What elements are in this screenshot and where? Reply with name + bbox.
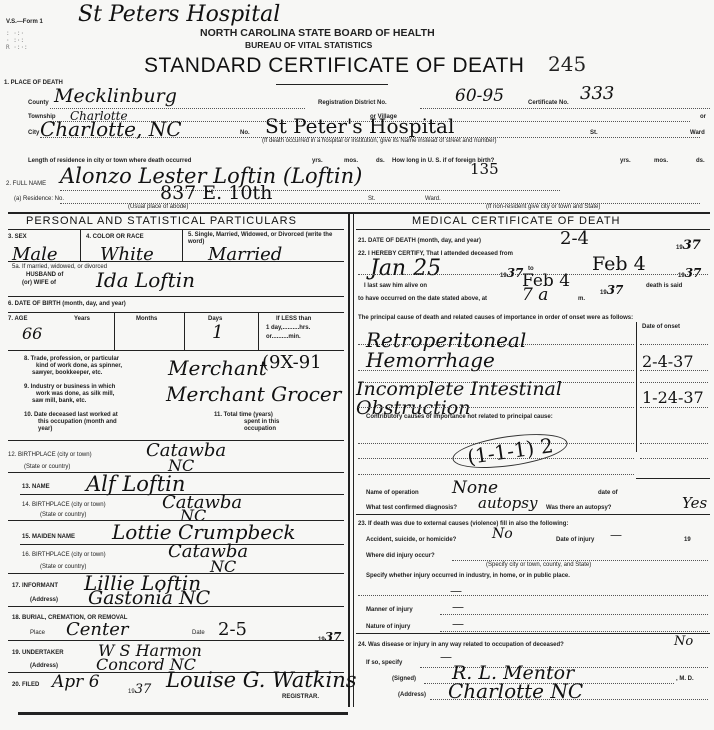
cause-1: Retroperitoneal Hemorrhage <box>366 330 626 370</box>
last-worked-label: 10. Date deceased last worked at this oc… <box>24 412 118 433</box>
agency-name: NORTH CAROLINA STATE BOARD OF HEALTH <box>200 27 435 39</box>
specify-value: — <box>450 584 462 598</box>
contributory-mark: (1-1-1) 2 <box>450 428 569 474</box>
injury-date-value: — <box>610 528 622 542</box>
operation-date-label: date of <box>598 490 618 496</box>
signed-label: (Signed) <box>392 676 416 682</box>
autopsy-rule <box>356 514 710 515</box>
sex-label: 3. SEX <box>8 234 27 240</box>
m-label: m. <box>578 296 585 302</box>
onset-line <box>640 370 708 371</box>
injury-date-label: Date of injury <box>556 537 594 543</box>
accident-label: Accident, suicide, or homicide? <box>366 537 456 543</box>
sex-divider <box>80 229 81 261</box>
year-prefix: 19 <box>676 245 683 251</box>
mother-birthplace-label: 16. BIRTHPLACE (city or town) <box>22 552 106 558</box>
burial-place-value: Center <box>66 619 129 640</box>
trade-label-line: sawyer, bookkeeper, etc. <box>24 370 122 377</box>
age-divider-1 <box>114 312 115 350</box>
date-of-death-year: 1937 <box>676 238 701 253</box>
year-prefix: 19 <box>128 689 135 695</box>
md-label: , M. D. <box>676 676 694 682</box>
year-value: 37 <box>507 266 524 280</box>
total-time-line: spent in this <box>214 419 279 426</box>
father-name-label: 13. NAME <box>22 484 50 490</box>
mother-state-label: (State or country) <box>40 564 86 570</box>
burial-date-label: Date <box>192 630 205 636</box>
last-worked-line: this occupation (month and <box>24 419 118 426</box>
registration-line <box>420 108 710 109</box>
industry-label: 9. Industry or business in which work wa… <box>24 384 115 405</box>
months-label: Months <box>136 316 157 322</box>
address-line <box>430 699 708 700</box>
attended-from-value: Jan 25 <box>370 256 441 281</box>
section-divider <box>8 212 710 214</box>
last-worked-line: year) <box>24 426 118 433</box>
st-label: St. <box>590 130 598 136</box>
nonresident-note: (If non-resident give city or town and S… <box>486 204 600 210</box>
year-prefix: 19 <box>600 290 607 296</box>
spouse-label: 5a. If married, widowed, or divorced <box>12 264 107 270</box>
contributory-onset-line <box>640 458 708 459</box>
informant-address-label: (Address) <box>30 597 58 603</box>
onset-divider <box>636 322 637 452</box>
personal-section-title: PERSONAL AND STATISTICAL PARTICULARS <box>26 215 297 227</box>
color-label: 4. COLOR OR RACE <box>86 234 144 240</box>
occupation-related-label: 24. Was disease or injury in any way rel… <box>358 642 564 648</box>
nature-line <box>440 631 708 632</box>
city-label: City <box>28 130 39 136</box>
total-time-label: 11. Total time (years) spent in this occ… <box>214 412 279 433</box>
years-label: Years <box>74 316 90 322</box>
or-label: or <box>700 114 706 120</box>
hospital-note: (If death occurred in a hospital or inst… <box>262 138 496 144</box>
spouse-rule <box>8 296 344 297</box>
autopsy-label: Was there an autopsy? <box>546 505 611 511</box>
burial-date-value: 2-5 <box>218 619 247 640</box>
accident-value: No <box>492 526 513 542</box>
age-label: 7. AGE <box>8 316 27 322</box>
abode-note: (Usual place of abode) <box>128 204 188 210</box>
test-label: What test confirmed diagnosis? <box>366 505 457 511</box>
year-value: 37 <box>683 238 701 253</box>
onset-line <box>640 407 708 408</box>
operation-label: Name of operation <box>366 490 419 496</box>
total-time-line: occupation <box>214 426 279 433</box>
column-divider <box>348 212 350 707</box>
less-than-label: If LESS than <box>276 316 311 322</box>
ward-label: Ward <box>690 130 705 136</box>
last-worked-line: 10. Date deceased last worked at <box>24 412 118 419</box>
residence-ward-label: Ward. <box>425 196 441 202</box>
where-injury-note: (Specify city or town, county, and State… <box>486 562 591 568</box>
filed-value: Apr 6 <box>52 672 100 692</box>
color-divider <box>182 229 183 261</box>
husband-of-label: HUSBAND of <box>26 272 63 278</box>
informant-rule <box>8 606 344 607</box>
onset-line <box>640 382 708 383</box>
industry-label-line: saw mill, bank, etc. <box>24 398 115 405</box>
total-time-line: 11. Total time (years) <box>214 412 279 419</box>
residence-label: (a) Residence: No. <box>14 196 64 202</box>
undertaker-label: 19. UNDERTAKER <box>12 650 64 656</box>
injury-year: 19 <box>684 537 691 543</box>
occurred-time: 7 a <box>522 285 548 305</box>
industry-label-line: work was done, as silk mill, <box>24 391 115 398</box>
days-value: 1 <box>212 322 223 343</box>
where-injury-label: Where did injury occur? <box>366 553 435 559</box>
birthplace-label: 12. BIRTHPLACE (city or town) <box>8 452 92 458</box>
nature-label: Nature of injury <box>366 624 410 630</box>
undertaker-address-label: (Address) <box>30 663 58 669</box>
mother-maiden-label: 15. MAIDEN NAME <box>22 534 75 540</box>
onset-box-bottom <box>636 478 710 479</box>
death-said-label: death is said <box>646 283 682 289</box>
filed-label: 20. FILED <box>12 682 39 688</box>
medical-section-title: MEDICAL CERTIFICATE OF DEATH <box>412 215 621 227</box>
occurred-label: to have occurred on the date stated abov… <box>358 296 487 302</box>
date-of-onset-label: Date of onset <box>642 324 680 330</box>
age-rule <box>8 350 344 351</box>
full-name-margin-note: 135 <box>470 160 499 178</box>
last-saw-year: 1937 <box>600 283 623 297</box>
institution-value: St Peter's Hospital <box>265 114 454 138</box>
injury-rule <box>356 633 710 634</box>
year-value: 37 <box>685 266 702 280</box>
trade-label-line: 8. Trade, profession, or particular <box>24 356 122 363</box>
death-certificate: V.S.—Form 1 : ·:·· :·:R ·:·: St Peters H… <box>0 0 714 730</box>
county-value: Mecklinburg <box>54 85 177 107</box>
form-label: V.S.—Form 1 <box>6 19 43 25</box>
document-title: STANDARD CERTIFICATE OF DEATH <box>144 54 524 78</box>
burial-place-label: Place <box>30 630 45 636</box>
trade-code: (9X-91 <box>262 352 322 373</box>
filed-year: 1937 <box>128 682 151 697</box>
birthplace-state-label: (State or country) <box>24 464 70 470</box>
date-of-death-label: 21. DATE OF DEATH (month, day, and year) <box>358 238 481 244</box>
hospital-annotation: St Peters Hospital <box>78 2 280 27</box>
industry-value: Merchant Grocer <box>166 382 341 406</box>
year-value: 37 <box>607 283 624 297</box>
foreign-ds-label: ds. <box>696 158 705 164</box>
no-label: No. <box>240 130 250 136</box>
attended-from-year: 1937 <box>500 266 523 280</box>
onset-line <box>640 344 708 345</box>
sex-row-rule <box>8 261 344 262</box>
onset-2: 1-24-37 <box>642 388 704 407</box>
stamp-number: 245 <box>548 52 586 76</box>
age-value: 66 <box>22 324 42 343</box>
cause-line <box>358 370 634 371</box>
dob-label: 6. DATE OF BIRTH (month, day, and year) <box>8 301 126 307</box>
age-divider-3 <box>258 312 259 350</box>
certificate-value: 333 <box>580 83 614 104</box>
last-saw-label: I last saw him alive on <box>364 283 427 289</box>
manner-value: — <box>452 600 464 614</box>
informant-label: 17. INFORMANT <box>12 583 58 589</box>
min-label: or..........min. <box>266 334 301 340</box>
test-value: autopsy <box>478 494 537 512</box>
bottom-rule <box>18 712 348 715</box>
if-so-label: If so, specify <box>366 660 402 666</box>
occupation-related-value: No <box>674 634 693 649</box>
burial-year: 1937 <box>318 630 341 644</box>
registrar-label: REGISTRAR. <box>282 694 319 700</box>
contributory-line <box>358 474 634 475</box>
year-value: 37 <box>325 630 342 644</box>
year-value: 37 <box>135 682 152 697</box>
column-divider-inner <box>353 212 354 707</box>
registrar-signature: Louise G. Watkins <box>166 668 357 692</box>
nature-value: — <box>452 617 464 631</box>
trade-label: 8. Trade, profession, or particular kind… <box>24 356 122 377</box>
trade-label-line: kind of work done, as spinner, <box>24 363 122 370</box>
medical-title-rule <box>356 229 710 230</box>
residence-value: 837 E. 10th <box>160 182 272 204</box>
manner-line <box>440 614 708 615</box>
industry-label-line: 9. Industry or business in which <box>24 384 115 391</box>
full-name-line <box>60 190 560 191</box>
cause-line <box>358 407 634 408</box>
onset-1: 2-4-37 <box>642 352 694 371</box>
wife-of-label: (or) WIFE of <box>22 280 56 286</box>
margin-stamp-marks: : ·:·· :·:R ·:·: <box>6 30 28 51</box>
manner-label: Manner of injury <box>366 607 413 613</box>
contributory-label: Contributory causes of importance not re… <box>366 413 636 421</box>
county-label: County <box>28 100 49 106</box>
foreign-mos-label: mos. <box>654 158 668 164</box>
certificate-label: Certificate No. <box>528 100 569 106</box>
title-underline <box>276 84 388 85</box>
spouse-value: Ida Loftin <box>96 268 195 292</box>
registration-label: Registration District No. <box>318 100 387 106</box>
dob-rule <box>8 312 344 313</box>
trade-value: Merchant <box>168 356 267 380</box>
hrs-label: 1 day,..........hrs. <box>266 325 310 331</box>
contributory-onset-line <box>640 443 708 444</box>
autopsy-value: Yes <box>682 494 707 512</box>
external-causes-label: 23. If death was due to external causes … <box>358 521 568 527</box>
registration-value: 60-95 <box>455 86 504 106</box>
father-birthplace-label: 14. BIRTHPLACE (city or town) <box>22 502 106 508</box>
residence-st-label: St. <box>368 196 375 202</box>
full-name-label: 2. FULL NAME <box>6 181 46 187</box>
foreign-yrs-label: yrs. <box>620 158 631 164</box>
physician-address-label: (Address) <box>398 692 426 698</box>
if-so-value: — <box>440 650 452 664</box>
age-divider-2 <box>184 312 185 350</box>
personal-title-rule <box>8 229 344 230</box>
where-injury-line <box>452 560 708 561</box>
bureau-name: BUREAU OF VITAL STATISTICS <box>245 40 372 50</box>
specify-label: Specify whether injury occurred in indus… <box>366 573 570 579</box>
father-state-label: (State or country) <box>40 512 86 518</box>
specify-line <box>358 595 708 596</box>
principal-cause-label: The principal cause of death and related… <box>358 314 708 322</box>
date-of-death-value: 2-4 <box>560 228 589 249</box>
attended-to-year: 1937 <box>678 266 701 280</box>
ds-label: ds. <box>376 158 385 164</box>
attended-to-value: Feb 4 <box>592 253 646 275</box>
